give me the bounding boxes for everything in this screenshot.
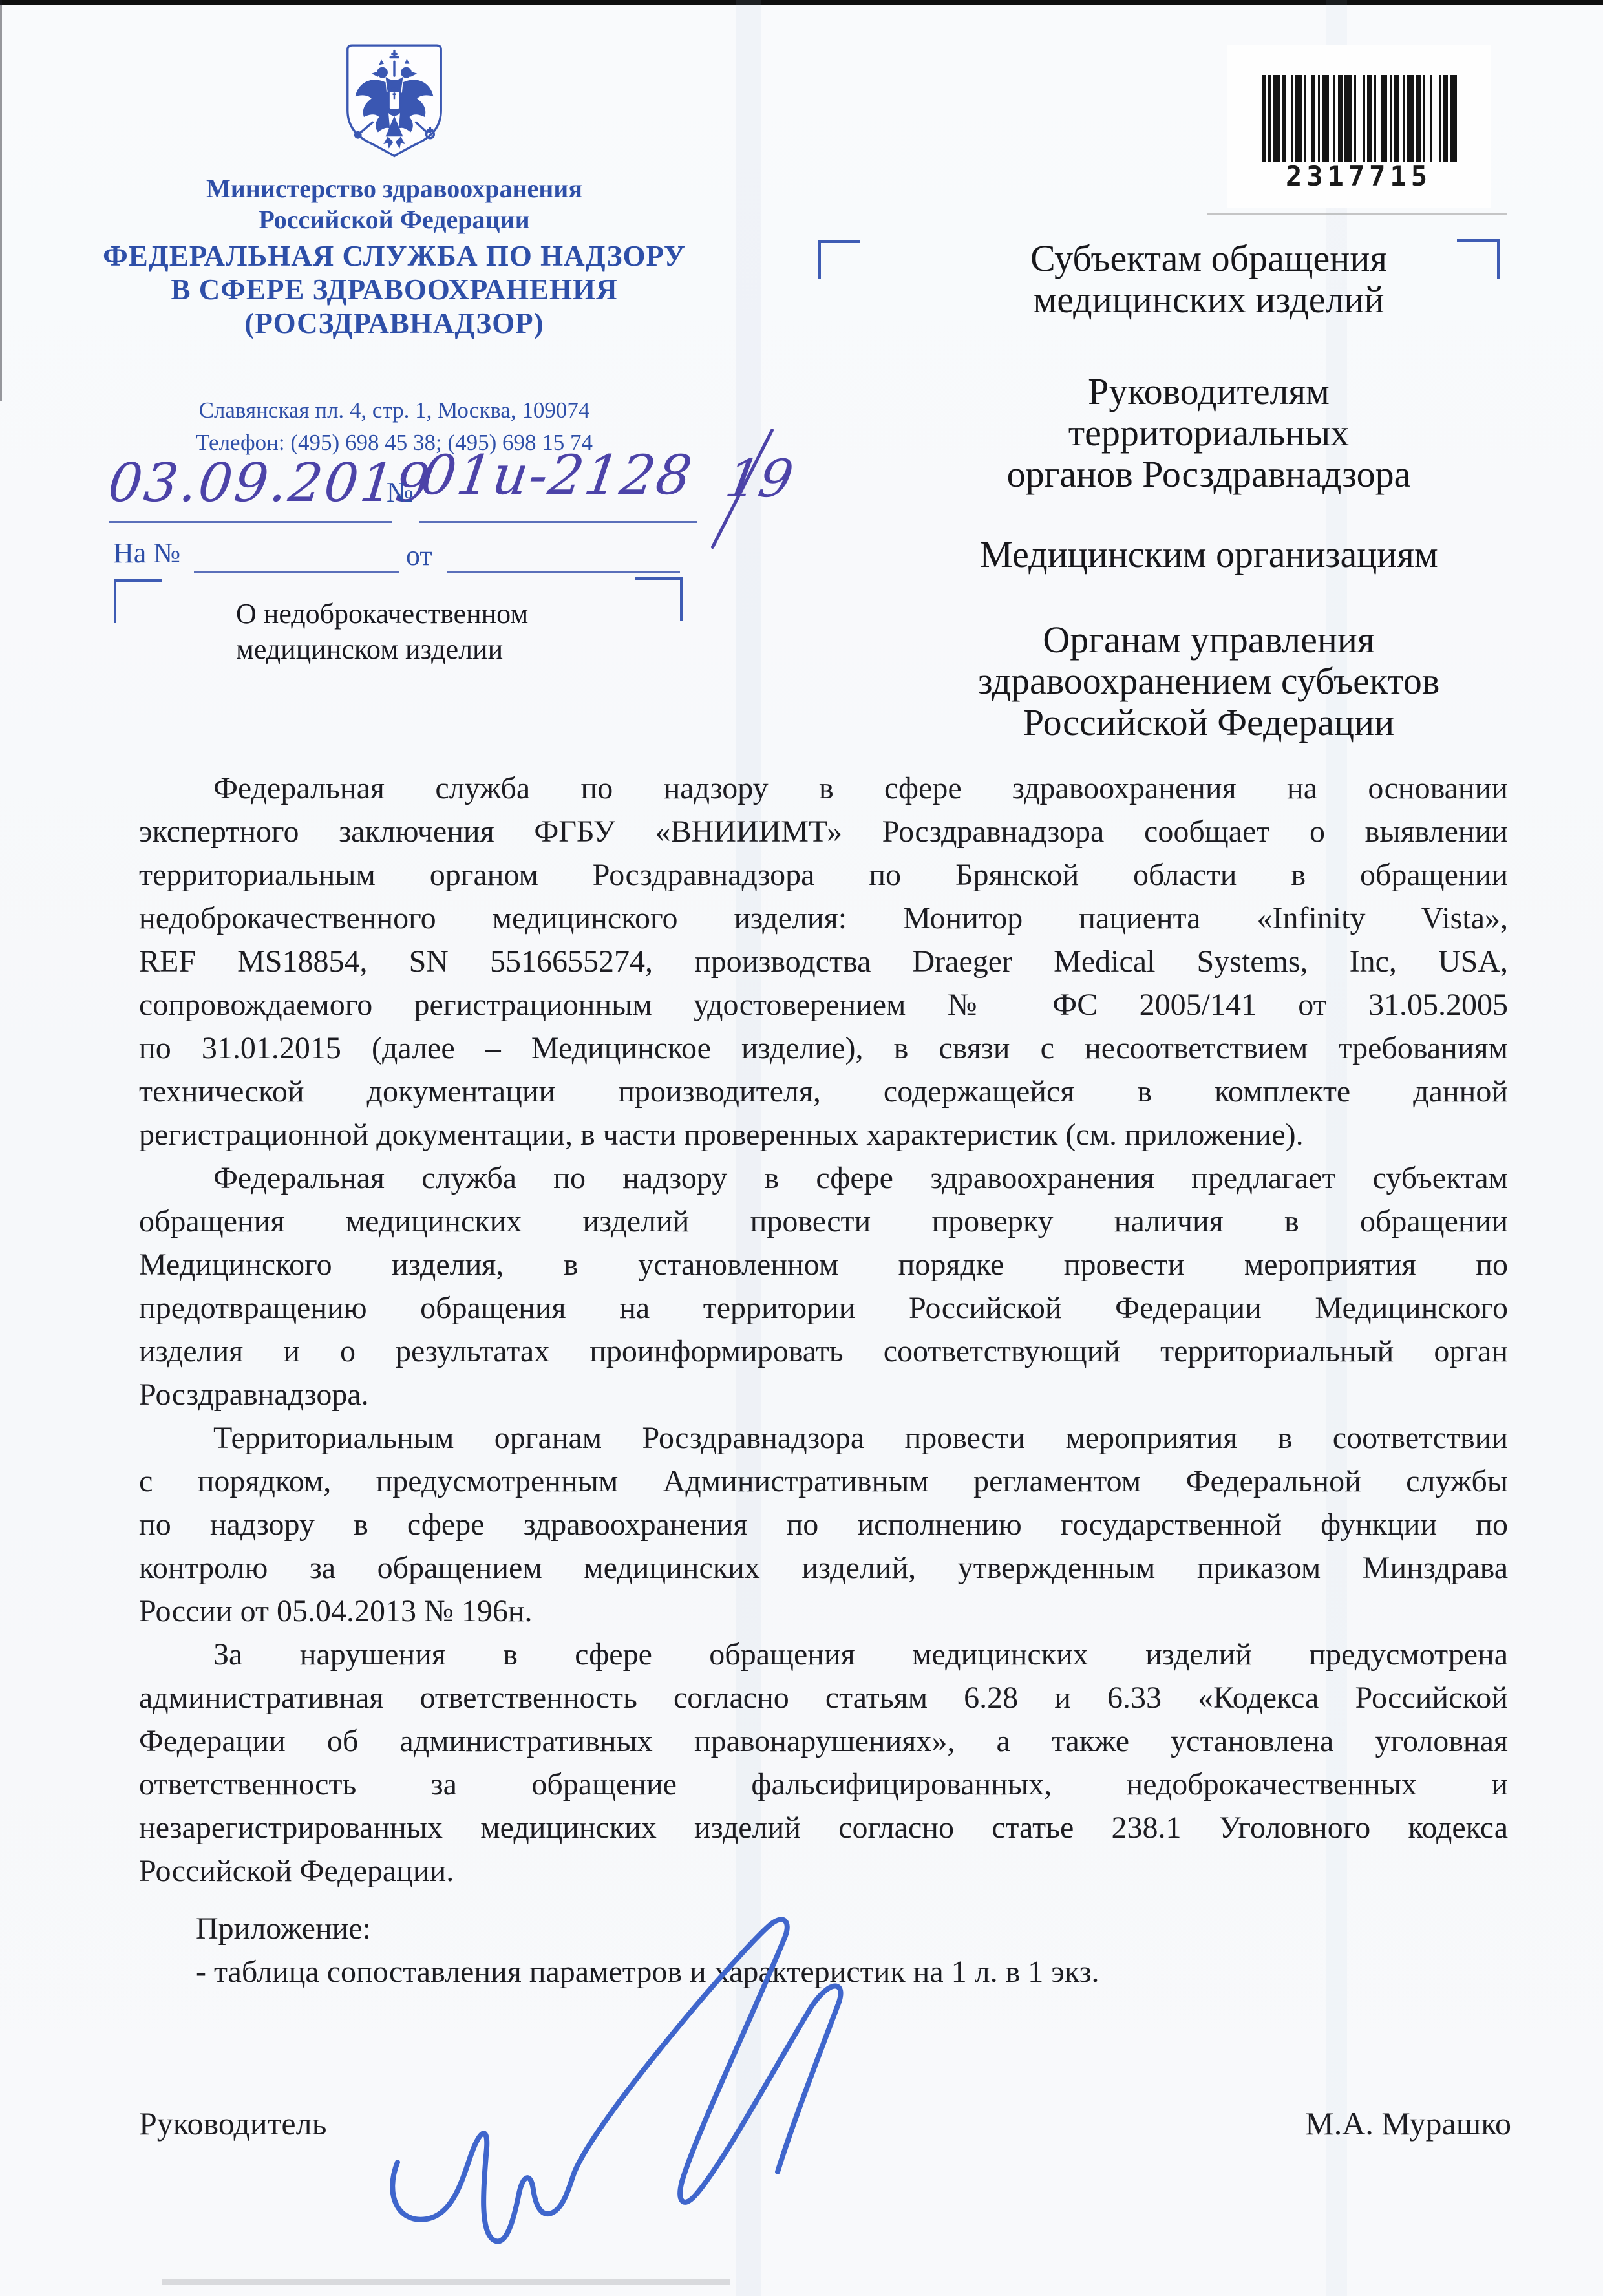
text-line: по надзору в сфере здравоохранения по ис…: [139, 1503, 1508, 1546]
ministry-line2: Российской Федерации: [97, 204, 692, 235]
reply-to-label: На №: [113, 537, 180, 569]
barcode-bar: [1416, 75, 1421, 162]
barcode-bar: [1338, 75, 1343, 162]
letter-date-handwritten: 03.09.2019: [105, 452, 403, 514]
barcode-bar: [1344, 75, 1351, 162]
body-paragraph: Федеральная служба по надзору в сфере зд…: [139, 767, 1508, 1156]
text-line: регистрационной документации, в части пр…: [139, 1113, 1508, 1156]
scan-left-edge: [0, 0, 2, 401]
coat-of-arms-icon: [340, 40, 449, 167]
text-line: административная ответственность согласн…: [139, 1676, 1508, 1719]
agency-line3: (РОСЗДРАВНАДЗОР): [78, 306, 711, 340]
text-line: Росздравнадзора.: [139, 1373, 1508, 1416]
barcode-gap: [1286, 75, 1291, 162]
reply-number-blank: [194, 571, 399, 573]
barcode: [1262, 75, 1457, 162]
ministry-name: Министерство здравоохранения Российской …: [97, 173, 692, 235]
text-line: органов Росздравнадзора: [898, 454, 1519, 495]
barcode-bar: [1367, 75, 1372, 162]
text-line: обращения медицинских изделий провести п…: [139, 1200, 1508, 1243]
text-line: Субъектам обращения: [898, 238, 1519, 279]
barcode-gap: [1356, 75, 1363, 162]
agency-line1: ФЕДЕРАЛЬНАЯ СЛУЖБА ПО НАДЗОРУ: [78, 239, 711, 273]
barcode-bar: [1407, 75, 1414, 162]
barcode-bar: [1262, 75, 1266, 162]
barcode-gap: [1376, 75, 1381, 162]
text-line: Органам управления: [898, 619, 1519, 661]
text-line: Федеральная служба по надзору в сфере зд…: [139, 1156, 1508, 1200]
text-line: За нарушения в сфере обращения медицинск…: [139, 1633, 1508, 1676]
subject-block: О недоброкачественноммедицинском изделии: [236, 596, 688, 667]
body-paragraph: За нарушения в сфере обращения медицинск…: [139, 1633, 1508, 1893]
text-line: Федеральная служба по надзору в сфере зд…: [139, 767, 1508, 810]
barcode-bar: [1381, 75, 1387, 162]
text-line: России от 05.04.2013 № 196н.: [139, 1589, 1508, 1633]
barcode-gap: [1329, 75, 1333, 162]
text-line: медицинских изделий: [898, 279, 1519, 321]
barcode-bar: [1394, 75, 1399, 162]
scanned-letter-page: Министерство здравоохранения Российской …: [0, 0, 1603, 2296]
agency-line2: В СФЕРЕ ЗДРАВООХРАНЕНИЯ: [78, 273, 711, 306]
barcode-rule: [1207, 213, 1507, 215]
text-line: О недоброкачественном: [236, 596, 688, 632]
text-line: контролю за обращением медицинских издел…: [139, 1546, 1508, 1589]
text-line: Российской Федерации.: [139, 1849, 1508, 1893]
signatory-name: М.А. Мурашко: [1222, 2105, 1511, 2142]
body-paragraph: Федеральная служба по надзору в сфере зд…: [139, 1156, 1508, 1416]
org-address: Славянская пл. 4, стр. 1, Москва, 109074: [97, 394, 692, 427]
text-line: сопровождаемого регистрационным удостове…: [139, 983, 1508, 1026]
reply-date-blank: [447, 571, 680, 573]
barcode-bar: [1282, 75, 1286, 162]
barcode-gap: [1425, 75, 1430, 162]
barcode-bar: [1443, 75, 1448, 162]
body-paragraph: Территориальным органам Росздравнадзора …: [139, 1416, 1508, 1633]
barcode-gap: [1432, 75, 1439, 162]
recipient-block: Субъектам обращениямедицинских изделий: [898, 238, 1519, 321]
ministry-line1: Министерство здравоохранения: [97, 173, 692, 204]
letter-number-handwritten: 01и-2128: [417, 443, 704, 507]
signature-ink: [359, 1904, 928, 2266]
recipient-block: Руководителямтерриториальныхорганов Росз…: [898, 371, 1519, 495]
number-symbol: №: [387, 476, 414, 509]
barcode-bar: [1311, 75, 1315, 162]
text-line: Федерации об административных правонаруш…: [139, 1719, 1508, 1763]
text-line: с порядком, предусмотренным Администрати…: [139, 1460, 1508, 1503]
text-line: Российской Федерации: [898, 702, 1519, 743]
signature-position-title: Руководитель: [139, 2105, 326, 2142]
text-line: REF MS18854, SN 5516655274, производства…: [139, 940, 1508, 983]
barcode-bar: [1273, 75, 1279, 162]
text-line: экспертного заключения ФГБУ «ВНИИИМТ» Ро…: [139, 810, 1508, 853]
text-line: изделия и о результатах проинформировать…: [139, 1330, 1508, 1373]
recipient-corner-top-left: [818, 240, 860, 279]
text-line: территориальным органом Росздравнадзора …: [139, 853, 1508, 897]
recipient-block: Органам управленияздравоохранением субъе…: [898, 619, 1519, 743]
barcode-bar: [1322, 75, 1329, 162]
number-underline: [419, 521, 697, 523]
text-line: территориальных: [898, 412, 1519, 454]
text-line: ответственность за обращение фальсифицир…: [139, 1763, 1508, 1806]
text-line: Территориальным органам Росздравнадзора …: [139, 1416, 1508, 1460]
text-line: медицинском изделии: [236, 632, 688, 667]
recipient-block: Медицинским организациям: [898, 534, 1519, 575]
letter-number-suffix: 19: [721, 449, 798, 509]
text-line: Медицинского изделия, в установленном по…: [139, 1243, 1508, 1286]
agency-name: ФЕДЕРАЛЬНАЯ СЛУЖБА ПО НАДЗОРУ В СФЕРЕ ЗД…: [78, 239, 711, 340]
barcode-bar: [1450, 75, 1456, 162]
text-line: технической документации производителя, …: [139, 1070, 1508, 1113]
text-line: предотвращению обращения на территории Р…: [139, 1286, 1508, 1330]
reply-from-label: от: [406, 539, 432, 572]
barcode-gap: [1399, 75, 1403, 162]
barcode-gap: [1306, 75, 1311, 162]
barcode-digits: 2317715: [1227, 160, 1491, 192]
date-underline: [109, 521, 392, 523]
barcode-bar: [1295, 75, 1302, 162]
scan-top-edge: [0, 0, 1603, 5]
text-line: Руководителям: [898, 371, 1519, 412]
text-line: Медицинским организациям: [898, 534, 1519, 575]
scan-bottom-artifact: [162, 2279, 730, 2285]
text-line: незарегистрированных медицинских изделий…: [139, 1806, 1508, 1849]
text-line: здравоохранением субъектов: [898, 661, 1519, 702]
subject-corner-top-left: [114, 579, 162, 623]
text-line: по 31.01.2015 (далее – Медицинское издел…: [139, 1026, 1508, 1070]
letter-body: Федеральная служба по надзору в сфере зд…: [139, 767, 1508, 1993]
text-line: недоброкачественного медицинского издели…: [139, 897, 1508, 940]
